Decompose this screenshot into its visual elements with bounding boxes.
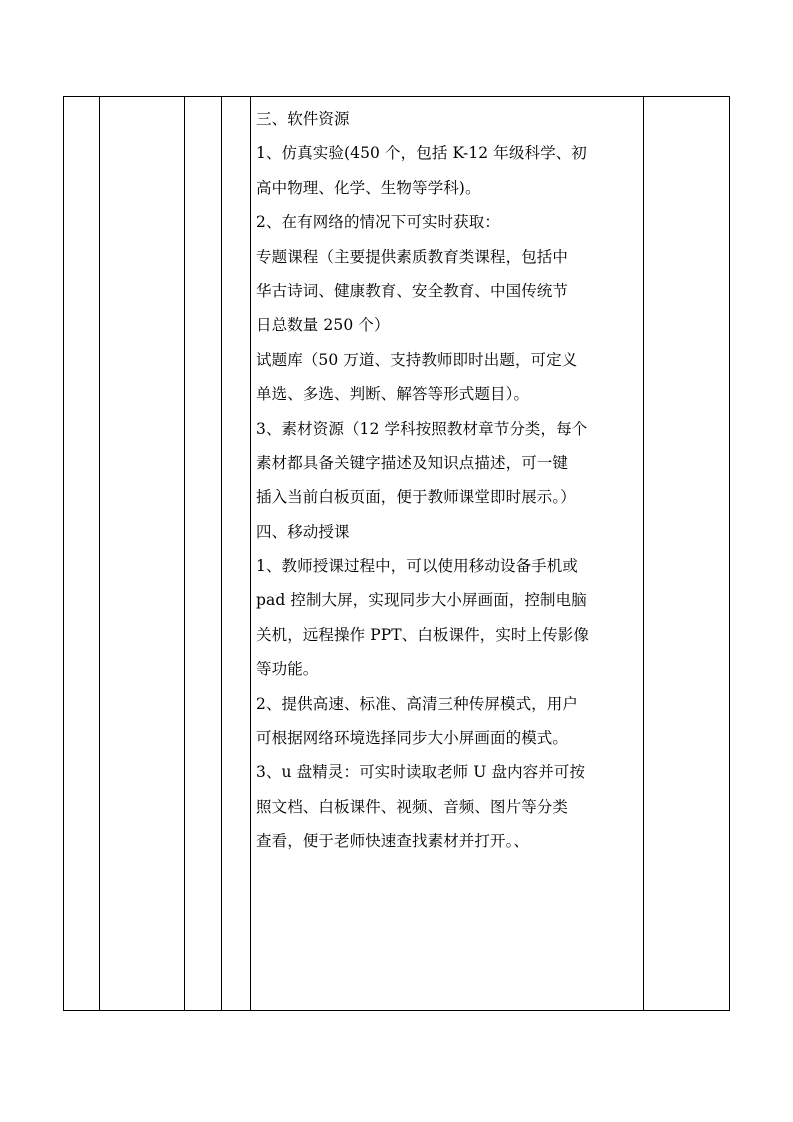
text-line: pad 控制大屏，实现同步大小屏画面，控制电脑 (256, 583, 638, 617)
section-heading-software: 三、软件资源 (256, 102, 638, 136)
column-divider (99, 97, 100, 1010)
spec-content-cell: 三、软件资源 1、仿真实验(450 个，包括 K-12 年级科学、初 高中物理、… (251, 97, 638, 859)
column-divider (643, 97, 644, 1010)
text-line: 等功能。 (256, 652, 638, 686)
text-line: 专题课程（主要提供素质教育类课程，包括中 (256, 240, 638, 274)
text-line: 照文档、白板课件、视频、音频、图片等分类 (256, 790, 638, 824)
text-line: 单选、多选、判断、解答等形式题目）。 (256, 377, 638, 411)
spec-table: 三、软件资源 1、仿真实验(450 个，包括 K-12 年级科学、初 高中物理、… (63, 96, 730, 1011)
text-line: 素材都具备关键字描述及知识点描述，可一键 (256, 446, 638, 480)
text-line: 1、教师授课过程中，可以使用移动设备手机或 (256, 549, 638, 583)
text-line: 3、素材资源（12 学科按照教材章节分类，每个 (256, 412, 638, 446)
text-line: 2、在有网络的情况下可实时获取： (256, 205, 638, 239)
text-line: 1、仿真实验(450 个，包括 K-12 年级科学、初 (256, 136, 638, 170)
text-line: 3、u 盘精灵：可实时读取老师 U 盘内容并可按 (256, 755, 638, 789)
column-divider (221, 97, 222, 1010)
text-line: 查看，便于老师快速查找素材并打开。、 (256, 824, 638, 858)
text-line: 高中物理、化学、生物等学科)。 (256, 171, 638, 205)
text-line: 2、提供高速、标准、高清三种传屏模式，用户 (256, 687, 638, 721)
text-line: 日总数量 250 个） (256, 308, 638, 342)
text-line: 关机，远程操作 PPT、白板课件，实时上传影像 (256, 618, 638, 652)
section-heading-mobile: 四、移动授课 (256, 515, 638, 549)
text-line: 插入当前白板页面，便于教师课堂即时展示。） (256, 480, 638, 514)
text-line: 试题库（50 万道、支持教师即时出题，可定义 (256, 343, 638, 377)
text-line: 可根据网络环境选择同步大小屏画面的模式。 (256, 721, 638, 755)
text-line: 华古诗词、健康教育、安全教育、中国传统节 (256, 274, 638, 308)
column-divider (184, 97, 185, 1010)
